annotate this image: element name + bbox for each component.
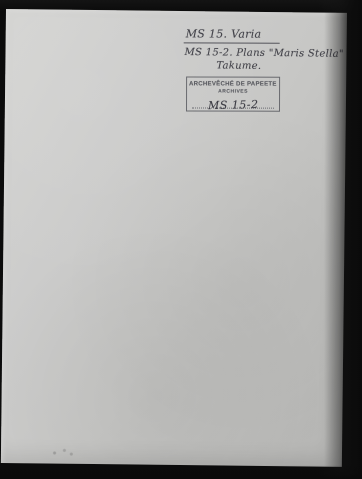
stamp-number-handwritten: MS 15-2 [208, 98, 259, 112]
stamp-organization: ARCHEVÊCHÉ DE PAPEETE [187, 80, 279, 87]
photo-frame: MS 15. Varia MS 15-2. Plans "Maris Stell… [0, 0, 362, 479]
document-cover-page: MS 15. Varia MS 15-2. Plans "Maris Stell… [1, 9, 347, 467]
stamp-number-line: MS 15-2 [192, 92, 274, 108]
handwritten-location: Takume. [216, 60, 261, 72]
bottom-shadow-gradient [0, 465, 362, 479]
handwritten-series-title: MS 15. Varia [184, 27, 280, 43]
pencil-smudge [49, 448, 77, 457]
archive-stamp: ARCHEVÊCHÉ DE PAPEETE ARCHIVES MS 15-2 [186, 76, 280, 111]
handwritten-item-title: MS 15-2. Plans "Maris Stella" [184, 47, 343, 60]
